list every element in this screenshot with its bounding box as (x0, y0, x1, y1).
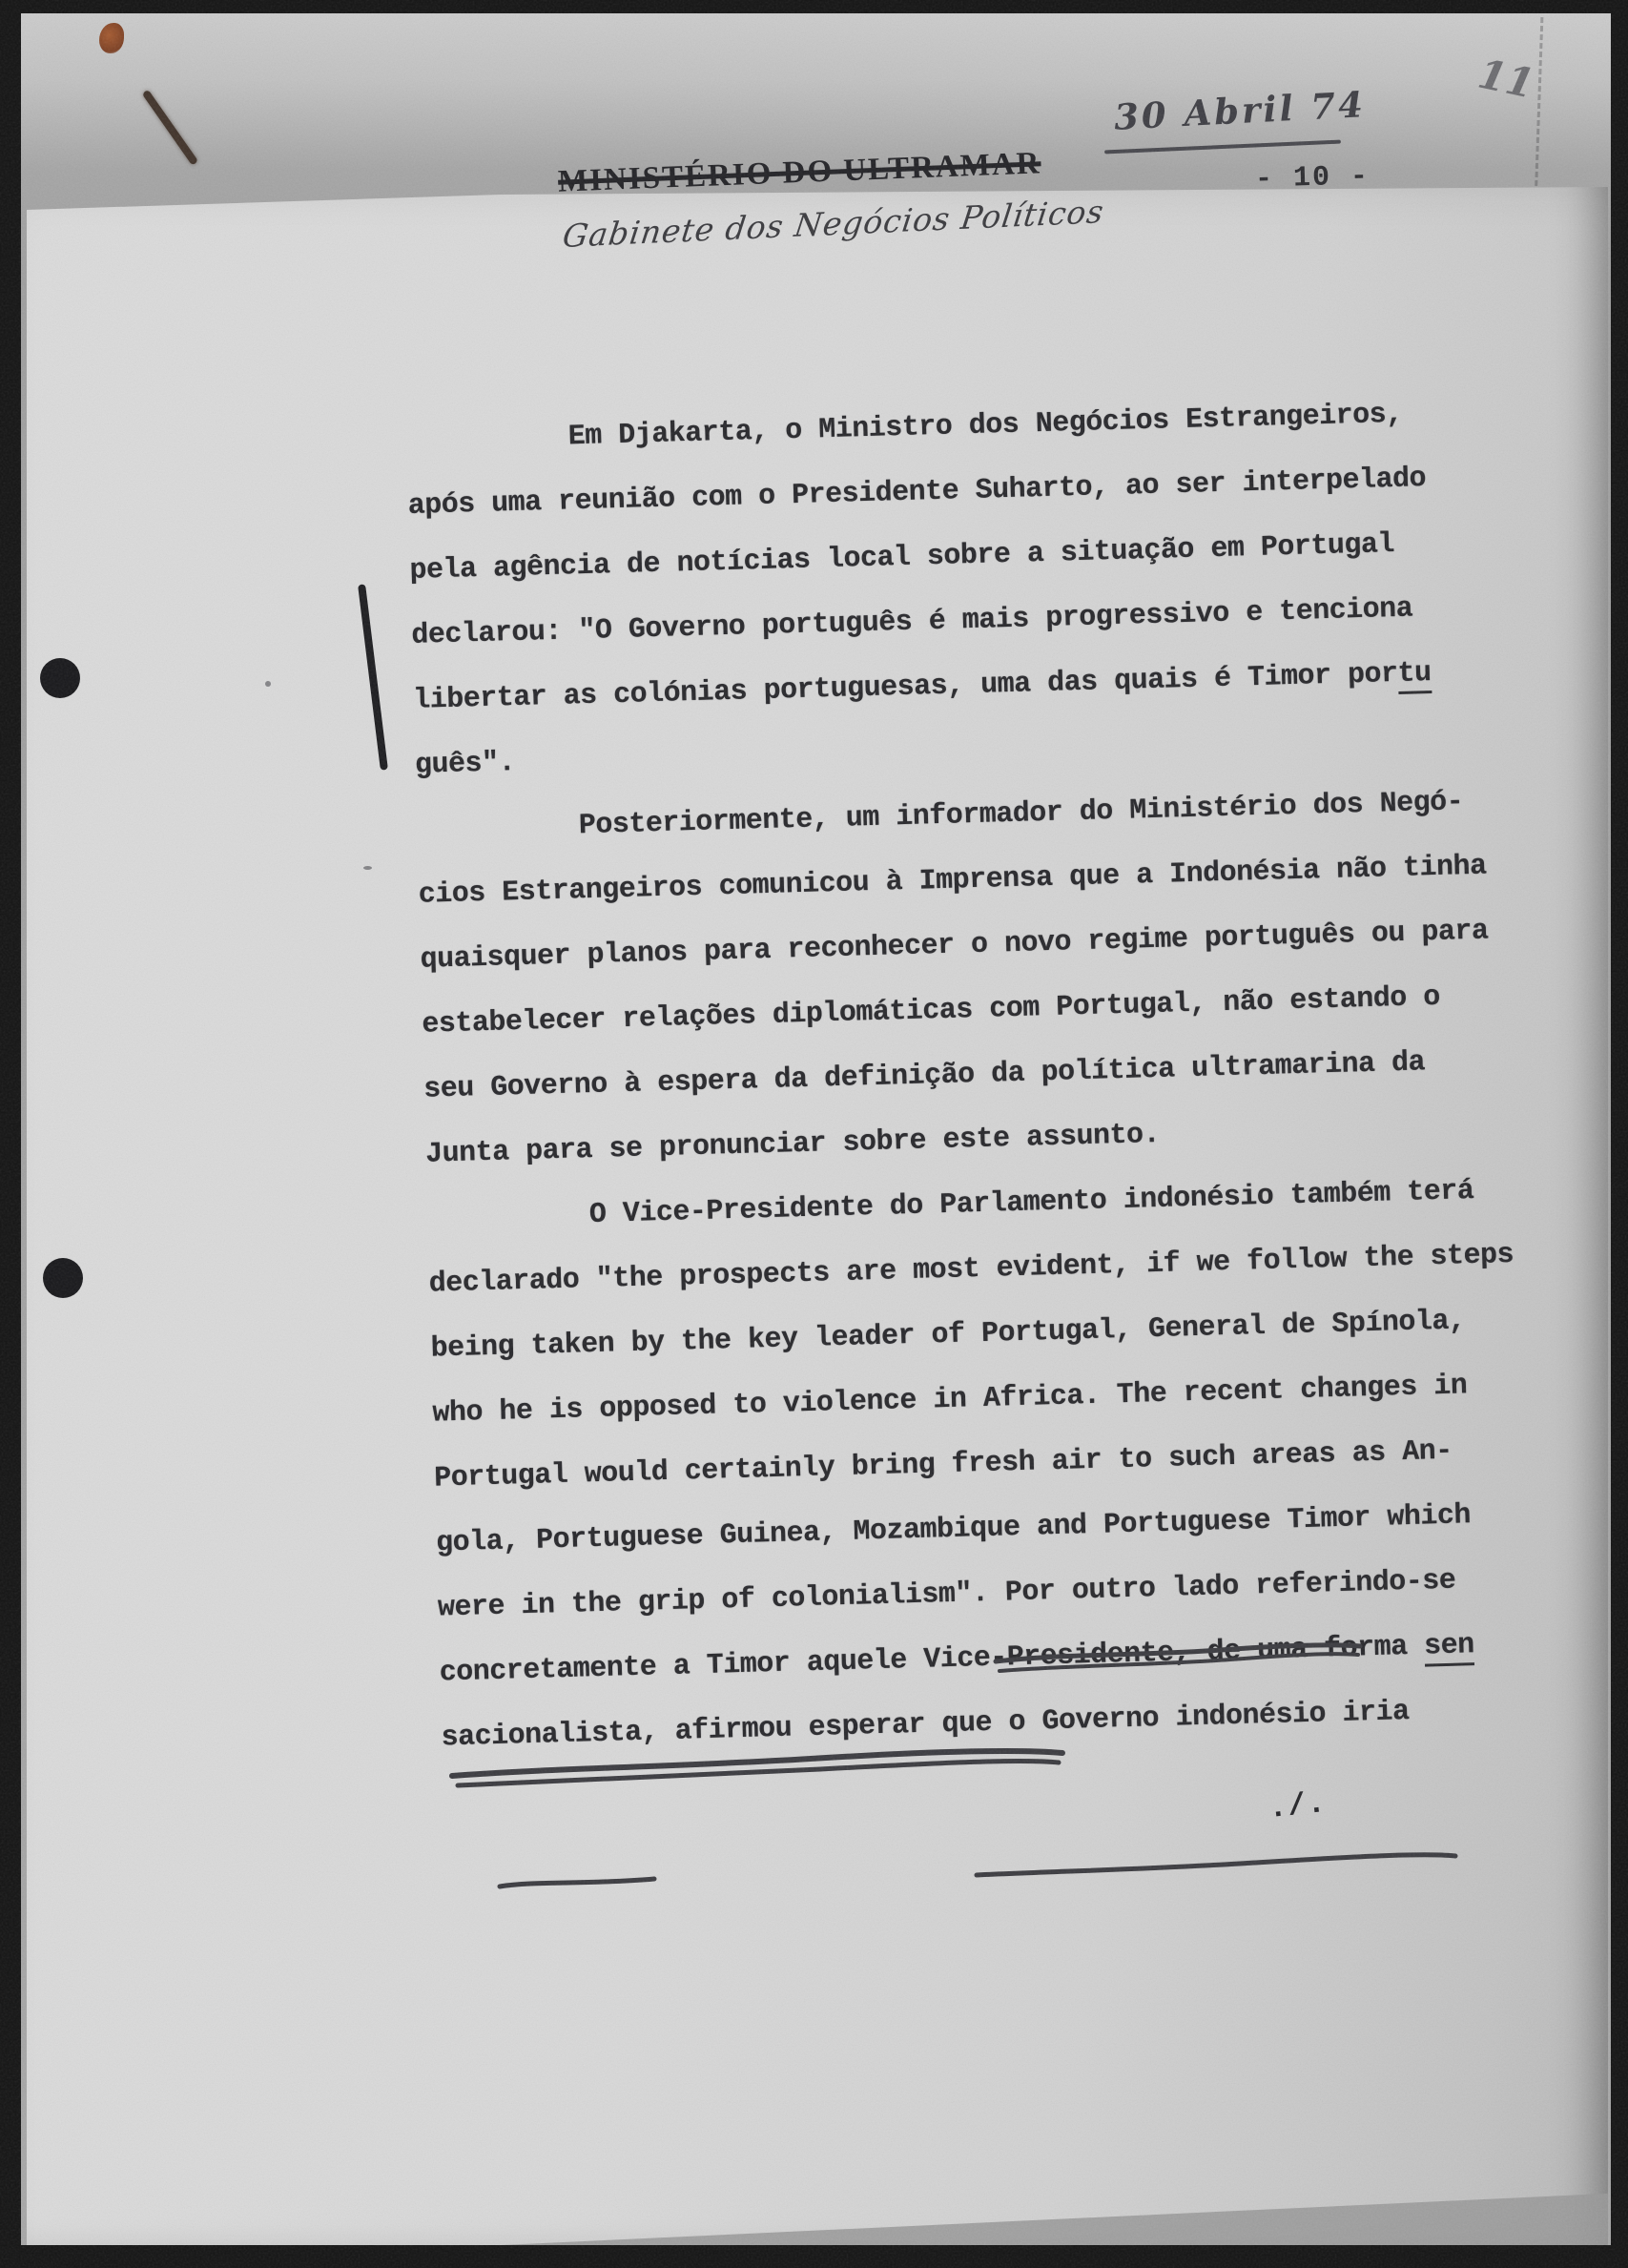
underlying-page-edge (502, 2182, 1608, 2245)
ink-speck (265, 681, 271, 687)
page-number: - 10 - (1255, 162, 1370, 194)
typed-segment: libertar as colónias portuguesas, uma da… (413, 658, 1398, 717)
typed-segment-underlined: sen (1424, 1629, 1475, 1666)
typed-segment-underlined: tu (1397, 657, 1432, 694)
hole-punch (43, 1258, 83, 1298)
ink-speck (363, 866, 372, 870)
hole-punch (40, 658, 80, 698)
continuation-mark: ./. (1267, 1788, 1328, 1825)
handwritten-corner-mark: 11 (1474, 53, 1537, 104)
typed-text-block: Em Djakarta, o Ministro dos Negócios Est… (405, 379, 1576, 1771)
typed-segment: concretamente a Timor aquele Vice-Presid… (439, 1631, 1424, 1690)
scanned-document: MINISTÉRIO DO ULTRAMAR Gabinete dos Negó… (0, 0, 1628, 2268)
